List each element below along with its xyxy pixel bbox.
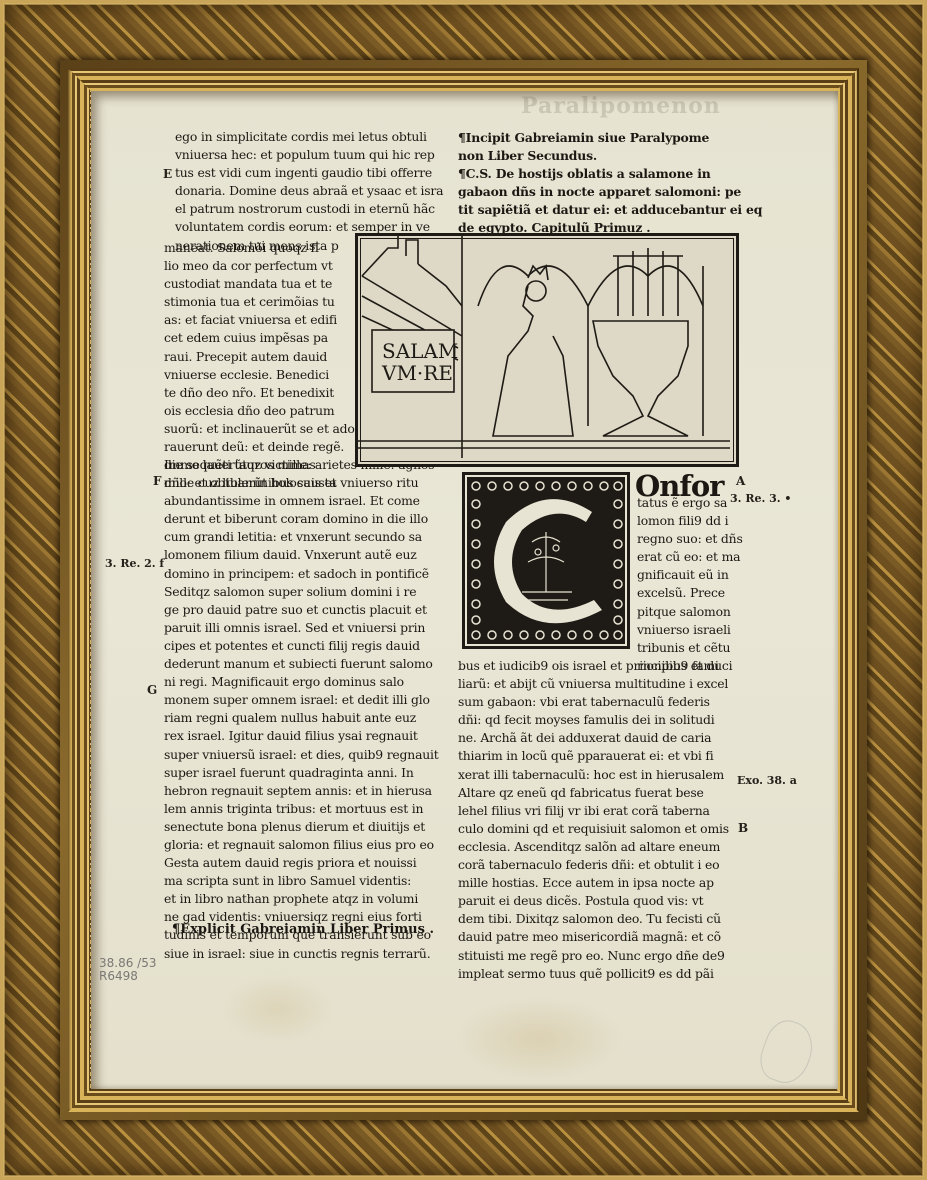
text-line: pitque salomon (637, 603, 743, 621)
right-column-heading: ¶Incipit Gabreiamin siue Paralypome non … (458, 129, 762, 238)
text-line: impleat sermo tuus quẽ pollicit9 es dd p… (458, 965, 729, 983)
marginal-letter-e: E (163, 167, 172, 181)
printed-leaf: Paralipomenon ego in simplicitate cordis… (91, 91, 838, 1089)
text-line: ni regi. Magnificauit ergo dominus salo (164, 673, 439, 691)
text-line: gnificauit eũ in (637, 566, 743, 584)
text-line: super vniuersũ israel: et dies, quib9 re… (164, 746, 439, 764)
text-line: lomonem filium dauid. Vnxerunt autẽ euz (164, 546, 439, 564)
picture-frame: Paralipomenon ego in simplicitate cordis… (0, 0, 927, 1180)
text-line: riam regni qualem nullus habuit ante euz (164, 709, 439, 727)
marginal-ref-exo: Exo. 38. a (737, 774, 797, 787)
text-line: stimonia tua et cerimõias tu (164, 293, 355, 311)
text-line: regno suo: et dñs (637, 530, 743, 548)
text-line: custodiat mandata tua et te (164, 275, 355, 293)
text-line: et in libro nathan prophete atqz in volu… (164, 890, 439, 908)
woodcut-illustration: SALAM VM·RE (355, 233, 739, 467)
marginal-letter-g: G (147, 683, 157, 697)
text-line: as: et faciat vniuersa et edifi (164, 311, 355, 329)
text-line: tatus ẽ ergo sa (637, 494, 743, 512)
text-line: maneat. Salomõi quoqz fi (164, 239, 355, 257)
text-line: lem annis triginta tribus: et mortuus es… (164, 800, 439, 818)
text-line: ma scripta sunt in libro Samuel videntis… (164, 872, 439, 890)
left-column-lower: die sequẽti tauros mille: arietes mille:… (164, 456, 439, 963)
text-line: donaria. Domine deus abraã et ysaac et i… (175, 182, 443, 200)
explicit-colophon: ¶Explicit Gabreiamin Liber Primus . (172, 922, 434, 937)
marginal-letter-f: F (153, 474, 162, 488)
heading-line: tit sapiẽtiã et datur ei: et adducebantu… (458, 201, 762, 219)
text-line: tribunis et cẽtu (637, 639, 743, 657)
text-line: derunt et biberunt coram domino in die i… (164, 510, 439, 528)
text-line: lehel filius vri filij vr ibi erat corã … (458, 802, 729, 820)
text-line: lomon fili9 dd i (637, 512, 743, 530)
text-line: siue in israel: siue in cunctis regnis t… (164, 945, 439, 963)
right-column-beside-initial: tatus ẽ ergo sa lomon fili9 dd i regno s… (637, 494, 743, 675)
text-line: el patrum nostrorum custodi in eternũ hã… (175, 200, 443, 218)
text-line: bus et iudicib9 ois israel et principib9… (458, 657, 729, 675)
text-line: culo domini qd et requisiuit salomon et … (458, 820, 729, 838)
text-line: abundantissime in omnem israel. Et come (164, 492, 439, 510)
marginal-letter-a: A (736, 474, 745, 488)
heading-line: ¶C.S. De hostijs oblatis a salamone in (458, 165, 762, 183)
text-line: Gesta autem dauid regis priora et nouiss… (164, 854, 439, 872)
woodcut-label-line1: SALAM (382, 340, 458, 362)
woodcut-label-line2: VM·RE (382, 362, 458, 384)
text-line: Altare qz eneũ qd fabricatus fuerat bese (458, 784, 729, 802)
text-line: ne. Archã ãt dei adduxerat dauid de cari… (458, 729, 729, 747)
text-line: dauid patre meo misericordiã magnã: et c… (458, 928, 729, 946)
faint-stamp (754, 1015, 820, 1089)
text-line: dederunt manum et subiecti fuerunt salom… (164, 655, 439, 673)
heading-line: gabaon dñs in nocte apparet salomoni: pe (458, 183, 762, 201)
text-line: cipes et potentes et cuncti filij regis … (164, 637, 439, 655)
text-line: mille hostias. Ecce autem in ipsa nocte … (458, 874, 729, 892)
decorated-initial-c (462, 472, 630, 649)
text-line: dem tibi. Dixitqz salomon deo. Tu fecist… (458, 910, 729, 928)
heading-line: ¶Incipit Gabreiamin siue Paralypome (458, 129, 762, 147)
text-line: rauerunt deũ: et deinde regẽ. (164, 438, 355, 456)
text-line: ois ecclesia dño deo patrum (164, 402, 355, 420)
text-line: cum grandi letitia: et vnxerunt secundo … (164, 528, 439, 546)
text-line: tus est vidi cum ingenti gaudio tibi off… (175, 164, 443, 182)
text-line: excelsũ. Prece (637, 584, 743, 602)
text-line: domino in principem: et sadoch in pontif… (164, 565, 439, 583)
decorated-initial-c-icon (462, 472, 630, 649)
text-line: vniuerse ecclesie. Benedici (164, 366, 355, 384)
text-line: paruit illi omnis israel. Sed et vniuers… (164, 619, 439, 637)
text-line: paruit ei deus dicẽs. Postula quod vis: … (458, 892, 729, 910)
text-line: hebron regnauit septem annis: et in hier… (164, 782, 439, 800)
accession-line2: R6498 (99, 970, 156, 983)
text-line: ge pro dauid patre suo et cunctis placui… (164, 601, 439, 619)
text-line: xerat illi tabernaculũ: hoc est in hieru… (458, 766, 729, 784)
text-line: erat cũ eo: et ma (637, 548, 743, 566)
text-line: senectute bona plenus dierum et diuitijs… (164, 818, 439, 836)
text-line: te dño deo nr̃o. Et benedixit (164, 384, 355, 402)
text-line: ego in simplicitate cordis mei letus obt… (175, 128, 443, 146)
marginal-letter-b: B (738, 821, 748, 835)
text-line: corã tabernaculo federis dñi: et obtulit… (458, 856, 729, 874)
text-line: stituisti me regẽ pro eo. Nunc ergo dñe … (458, 947, 729, 965)
text-line: liarũ: et abijt cũ vniuersa multitudine … (458, 675, 729, 693)
text-line: gloria: et regnauit salomon filius eius … (164, 836, 439, 854)
text-line: monem super omnem israel: et dedit illi … (164, 691, 439, 709)
text-line: ecclesia. Ascenditqz salõn ad altare ene… (458, 838, 729, 856)
text-line: vniuerso israeli (637, 621, 743, 639)
text-line: mille cuz libaminibus suis et vniuerso r… (164, 474, 439, 492)
text-line: Seditqz salomon super solium domini i re (164, 583, 439, 601)
woodcut-label: SALAM VM·RE (382, 340, 458, 384)
text-line: thiarim in locũ quẽ pparauerat ei: et vb… (458, 747, 729, 765)
marginal-ref-3-reg: 3. Re. 3. • (730, 492, 791, 505)
left-column-beside-woodcut: maneat. Salomõi quoqz fi lio meo da cor … (164, 239, 355, 492)
text-line: sum gabaon: vbi erat tabernaculũ federis (458, 693, 729, 711)
text-line: suorũ: et inclinauerũt se et ado (164, 420, 355, 438)
accession-number: 38.86 /53 R6498 (99, 957, 156, 983)
heading-line: non Liber Secundus. (458, 147, 762, 165)
text-line: cet edem cuius impẽsas pa (164, 329, 355, 347)
text-line: rex israel. Igitur dauid filius ysai reg… (164, 727, 439, 745)
text-line: super israel fuerunt quadraginta anni. I… (164, 764, 439, 782)
text-line: raui. Precepit autem dauid (164, 348, 355, 366)
text-line: vniuersa hec: et populum tuum qui hic re… (175, 146, 443, 164)
text-line: lio meo da cor perfectum vt (164, 257, 355, 275)
text-line: dñi: qd fecit moyses famulis dei in soli… (458, 711, 729, 729)
marginal-ref-3-re: 3. Re. 2. f (105, 557, 164, 570)
right-column-lower: bus et iudicib9 ois israel et principib9… (458, 657, 729, 983)
show-through-text: Paralipomenon (521, 93, 721, 133)
